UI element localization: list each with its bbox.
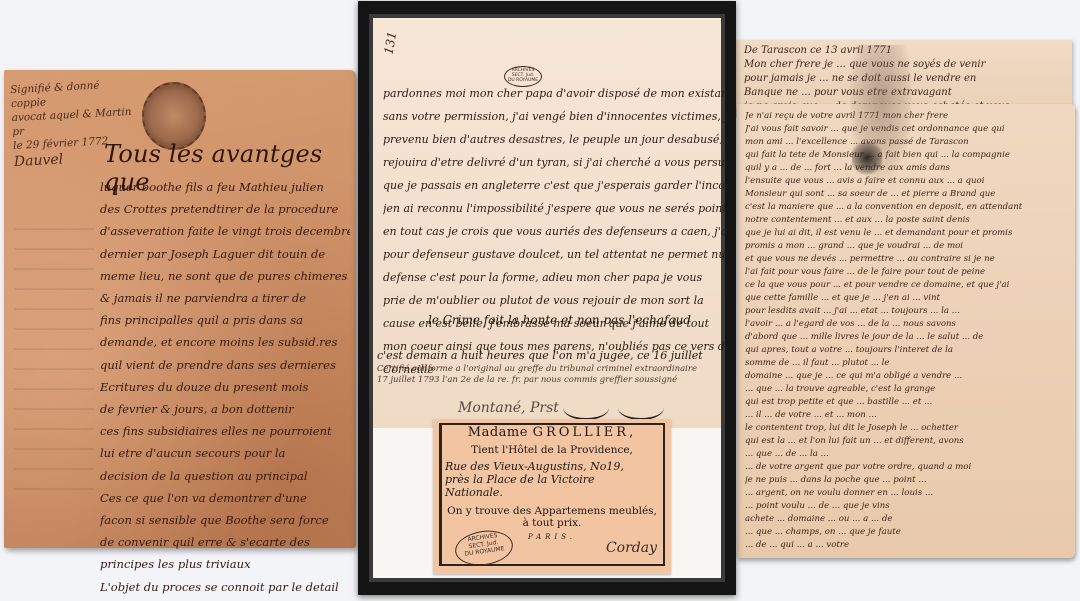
card-name-line: Madame GROLLIER, — [433, 425, 671, 440]
card-text: Madame GROLLIER, Tient l'Hôtel de la Pro… — [433, 425, 671, 541]
text-line: je ne puis ... dans la poche que ... poi… — [745, 474, 1069, 487]
text-line: facon si sensible que Boothe sera force — [100, 509, 350, 531]
text-line: de fevrier & jours, a bon dottenir — [100, 398, 350, 420]
text-line: et que vous ne devés ... permettre ... a… — [745, 253, 1069, 266]
text-line: qui est trop petite et que ... bastille … — [745, 396, 1069, 409]
text-line: que je passais en angleterre c'est que j… — [383, 174, 728, 197]
picture-frame: 131 ARCHIVES SECT. Jud. DU ROYAUME pardo… — [358, 1, 736, 595]
frame-moulding: 131 ARCHIVES SECT. Jud. DU ROYAUME pardo… — [369, 14, 725, 582]
text-line: Ecritures du douze du present mois — [100, 376, 350, 398]
text-line: prevenu bien d'autres desastres, le peup… — [383, 128, 728, 151]
text-line: demande, et encore moins les subsid.res — [100, 331, 350, 353]
text-line: c'est la maniere que ... a la convention… — [745, 201, 1069, 214]
text-line: quil vient de prendre dans ses dernieres — [100, 354, 350, 376]
faded-text-area — [14, 210, 94, 490]
text-line: meme lieu, ne sont que de pures chimeres — [100, 265, 350, 287]
text-line: prie de m'oublier ou plutot de vous rejo… — [383, 289, 728, 312]
letter-footer: c'est demain a huit heures que l'on m'a … — [377, 348, 727, 386]
text-line: pardonnes moi mon cher papa d'avoir disp… — [383, 82, 728, 105]
text-line: notre contentement ... et aux ... la pos… — [745, 214, 1069, 227]
text-line: & jamais il ne parviendra a tirer de — [100, 287, 350, 309]
text-line: Monsieur qui sont ... sa soeur de ... et… — [745, 188, 1069, 201]
text-line: le contentent trop, lui dit le Joseph le… — [745, 422, 1069, 435]
card-name-prefix: Madame — [468, 425, 528, 440]
text-line: principes les plus triviaux — [100, 553, 350, 575]
text-line: ... de votre argent que par votre ordre,… — [745, 461, 1069, 474]
corday-signature: Corday — [606, 540, 657, 556]
signature-flourish-icon — [563, 396, 609, 420]
text-line: luquer boothe fils a feu Mathieu julien — [100, 176, 350, 198]
card-line: On y trouve des Appartemens meublés, — [433, 505, 671, 517]
card-line: Rue des Vieux-Augustins, No19, — [433, 460, 671, 473]
frame-mat: 131 ARCHIVES SECT. Jud. DU ROYAUME pardo… — [373, 18, 721, 578]
card-line: Nationale. — [433, 486, 671, 499]
text-line: ... de ... qui ... a ... votre — [745, 539, 1069, 552]
text-line: ... point voulu ... de ... que je vins — [745, 500, 1069, 513]
text-line: ... que ... la trouve agreable, c'est la… — [745, 383, 1069, 396]
text-line: de convenir quil erre & s'ecarte des — [100, 531, 350, 553]
signature-montane: Montané, Prst — [458, 400, 559, 416]
text-line: que je lui ai dit, il est venu le ... et… — [745, 227, 1069, 240]
printed-hotel-card: Madame GROLLIER, Tient l'Hôtel de la Pro… — [433, 419, 671, 574]
text-line: d'asseveration faite le vingt trois dece… — [100, 220, 350, 242]
text-line: ... que ... champs, on ... que je faute — [745, 526, 1069, 539]
text-line: decision de la question au principal — [100, 465, 350, 487]
text-line: ... argent, on ne voulu donner en ... lo… — [745, 487, 1069, 500]
text-line: somme de ... il faut ... plutot ... le — [745, 357, 1069, 370]
footer-note: Certifié conforme a l'original au greffe… — [377, 364, 727, 375]
text-line: l'ai fait pour vous faire ... de le fair… — [745, 266, 1069, 279]
text-line: L'objet du proces se connoit par le deta… — [100, 576, 350, 598]
text-line: defense c'est pour la forme, adieu mon c… — [383, 266, 728, 289]
text-line: sans votre permission, j'ai vengé bien d… — [383, 105, 728, 128]
text-line: lui etre d'aucun secours pour la — [100, 442, 350, 464]
card-line: près la Place de la Victoire — [433, 473, 671, 486]
text-line: Ces ce que l'on va demontrer d'une — [100, 487, 350, 509]
text-line: domaine ... que je ... ce qui m'a obligé… — [745, 370, 1069, 383]
left-manuscript: Signifié & donné coppie avocat aquel & M… — [4, 70, 356, 548]
text-line: jen ai reconnu l'impossibilité j'espere … — [383, 197, 728, 220]
text-line: dernier par Joseph Laguer dit touin de — [100, 243, 350, 265]
footer-note: 17 juillet 1793 l'an 2e de la re. fr. pa… — [377, 375, 727, 386]
text-line: en tout cas je crois que vous auriés des… — [383, 220, 728, 243]
letter-body: pardonnes moi mon cher papa d'avoir disp… — [383, 82, 728, 381]
text-line: rejouira d'etre delivré d'un tyran, si j… — [383, 151, 728, 174]
text-line: pour defenseur gustave doulcet, un tel a… — [383, 243, 728, 266]
footer-main-line: c'est demain a huit heures que l'on m'a … — [377, 348, 727, 364]
text-line: ... que ... de ... la ... — [745, 448, 1069, 461]
verse-quote: le Crime fait la honte et non pas l'echa… — [428, 313, 691, 327]
signature-flourish-icon — [618, 396, 664, 420]
card-name: GROLLIER, — [533, 425, 637, 440]
folio-number: 131 — [382, 31, 400, 56]
text-line: d'abord que ... mille livres le jour de … — [745, 331, 1069, 344]
text-line: ... il ... de votre ... et ... mon ... — [745, 409, 1069, 422]
text-line: ce la que vous pour ... et pour vendre c… — [745, 279, 1069, 292]
text-line: pour lesdits avait ... j'ai ... etat ...… — [745, 305, 1069, 318]
ink-stain — [852, 140, 882, 176]
document-body: luquer boothe fils a feu Mathieu julien … — [100, 176, 350, 598]
framed-letter: 131 ARCHIVES SECT. Jud. DU ROYAUME pardo… — [373, 18, 721, 428]
text-line: que cette famille ... et que je ... j'en… — [745, 292, 1069, 305]
text-line: promis a mon ... grand ... que je voudra… — [745, 240, 1069, 253]
text-line: l'avoir ... a l'egard de vos ... de la .… — [745, 318, 1069, 331]
text-line: des Crottes pretendtirer de la procedure — [100, 198, 350, 220]
text-line: achete ... domaine ... ou ... a ... de — [745, 513, 1069, 526]
text-line: ces fins subsidiaires elles ne pourroien… — [100, 420, 350, 442]
text-line: fins principalles quil a pris dans sa — [100, 309, 350, 331]
text-line: qui est la ... et l'on lui fait un ... e… — [745, 435, 1069, 448]
card-line: à tout prix. — [433, 517, 671, 529]
text-line: qui apres, tout a votre ... toujours l'i… — [745, 344, 1069, 357]
card-line: Tient l'Hôtel de la Providence, — [433, 444, 671, 456]
